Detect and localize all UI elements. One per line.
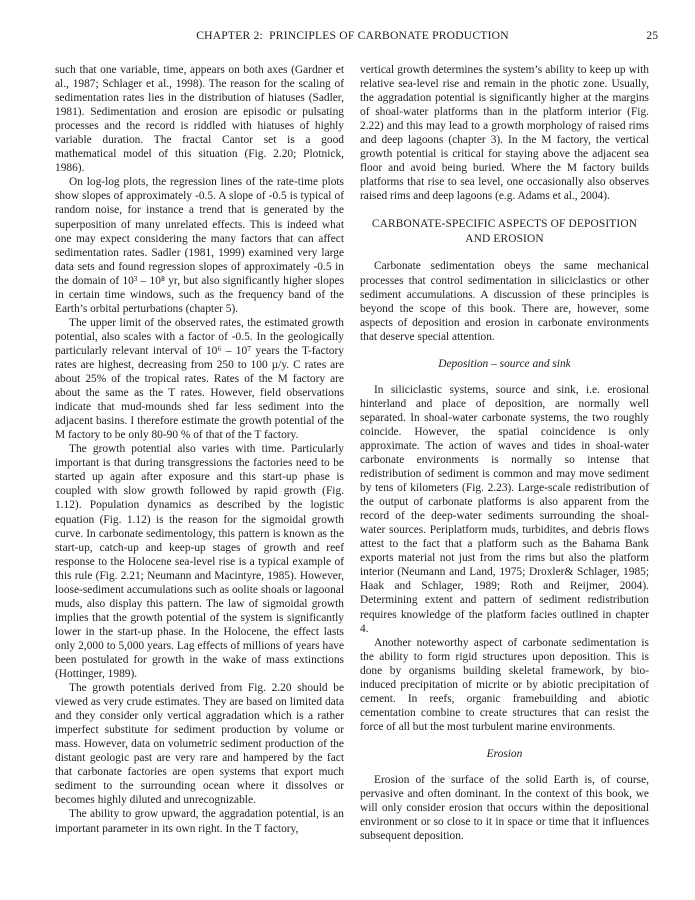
paragraph: The growth potentials derived from Fig. … bbox=[55, 681, 344, 807]
subsection-heading-erosion: Erosion bbox=[360, 747, 649, 761]
subsection-heading-deposition: Deposition – source and sink bbox=[360, 357, 649, 371]
chapter-title: CHAPTER 2: PRINCIPLES OF CARBONATE PRODU… bbox=[55, 28, 650, 44]
section-heading: CARBONATE-SPECIFIC ASPECTS OF DEPOSITION… bbox=[360, 217, 649, 246]
page-number: 25 bbox=[646, 28, 658, 44]
paragraph: The growth potential also varies with ti… bbox=[55, 442, 344, 681]
paragraph: such that one variable, time, appears on… bbox=[55, 63, 344, 175]
paragraph: The ability to grow upward, the aggradat… bbox=[55, 807, 344, 835]
paragraph: vertical growth determines the system’s … bbox=[360, 63, 649, 203]
right-column: vertical growth determines the system’s … bbox=[360, 63, 649, 843]
paragraph: Another noteworthy aspect of carbonate s… bbox=[360, 636, 649, 734]
left-column: such that one variable, time, appears on… bbox=[55, 63, 344, 843]
book-page: CHAPTER 2: PRINCIPLES OF CARBONATE PRODU… bbox=[0, 0, 695, 900]
two-column-layout: such that one variable, time, appears on… bbox=[55, 63, 650, 843]
paragraph: In siliciclastic systems, source and sin… bbox=[360, 383, 649, 636]
running-header: CHAPTER 2: PRINCIPLES OF CARBONATE PRODU… bbox=[55, 28, 650, 44]
paragraph: On log-log plots, the regression lines o… bbox=[55, 175, 344, 315]
paragraph: The upper limit of the observed rates, t… bbox=[55, 316, 344, 442]
paragraph: Erosion of the surface of the solid Eart… bbox=[360, 773, 649, 843]
paragraph: Carbonate sedimentation obeys the same m… bbox=[360, 259, 649, 343]
